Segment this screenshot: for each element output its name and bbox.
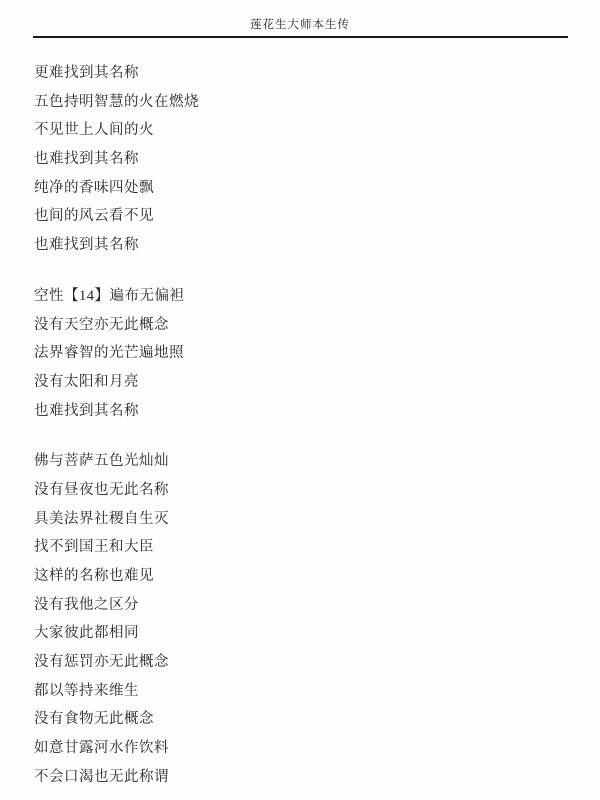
- poem-line: 也难找到其名称: [34, 145, 600, 174]
- header-rule: [33, 36, 568, 38]
- poem-line: 空性【14】遍布无偏袒: [34, 282, 600, 311]
- poem-line: 这样的名称也难见: [34, 562, 600, 591]
- poem-line: 没有惩罚亦无此概念: [34, 648, 600, 677]
- poem-line: 法界睿智的光芒遍地照: [34, 339, 600, 368]
- document-page: 莲花生大师本生传 更难找到其名称 五色持明智慧的火在燃烧 不见世上人间的火 也难…: [0, 0, 600, 800]
- poem-line: 没有昼夜也无此名称: [34, 476, 600, 505]
- poem-line: 也难找到其名称: [34, 397, 600, 426]
- poem-line: 没有我他之区分: [34, 591, 600, 620]
- poem-line: 大家彼此都相同: [34, 619, 600, 648]
- page-title: 莲花生大师本生传: [250, 18, 350, 33]
- poem-line: 纯净的香味四处飘: [34, 174, 600, 203]
- poem-line: 找不到国王和大臣: [34, 533, 600, 562]
- poem-line: 不见世上人间的火: [34, 116, 600, 145]
- poem-line: 没有食物无此概念: [34, 705, 600, 734]
- poem-line: 也间的风云看不见: [34, 202, 600, 231]
- poem-body: 更难找到其名称 五色持明智慧的火在燃烧 不见世上人间的火 也难找到其名称 纯净的…: [34, 59, 600, 792]
- poem-line: 具美法界社稷自生灭: [34, 505, 600, 534]
- stanza: 空性【14】遍布无偏袒 没有天空亦无此概念 法界睿智的光芒遍地照 没有太阳和月亮…: [34, 282, 600, 425]
- poem-line: 五色持明智慧的火在燃烧: [34, 88, 600, 117]
- page-header: 莲花生大师本生传: [0, 0, 600, 33]
- poem-line: 佛与菩萨五色光灿灿: [34, 447, 600, 476]
- poem-line: 如意甘露河水作饮料: [34, 734, 600, 763]
- stanza: 更难找到其名称 五色持明智慧的火在燃烧 不见世上人间的火 也难找到其名称 纯净的…: [34, 59, 600, 260]
- poem-line: 都以等持来维生: [34, 677, 600, 706]
- poem-line: 也难找到其名称: [34, 231, 600, 260]
- poem-line: 不会口渴也无此称谓: [34, 763, 600, 792]
- poem-line: 没有天空亦无此概念: [34, 311, 600, 340]
- stanza: 佛与菩萨五色光灿灿 没有昼夜也无此名称 具美法界社稷自生灭 找不到国王和大臣 这…: [34, 447, 600, 791]
- poem-line: 更难找到其名称: [34, 59, 600, 88]
- poem-line: 没有太阳和月亮: [34, 368, 600, 397]
